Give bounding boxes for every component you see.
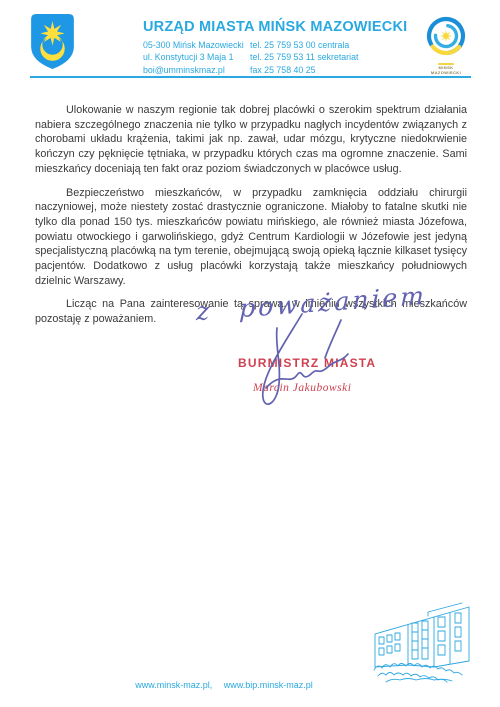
phone-block: tel. 25 759 53 00 centrala tel. 25 759 5… xyxy=(250,39,358,76)
email-line: boi@umminskmaz.pl xyxy=(143,64,250,76)
paragraph-2: Bezpieczeństwo mieszkańców, w przypadku … xyxy=(35,186,467,289)
phone-line: tel. 25 759 53 00 centrala xyxy=(250,39,358,51)
header-divider xyxy=(30,76,471,78)
letterhead-text: URZĄD MIASTA MIŃSK MAZOWIECKI 05-300 Miń… xyxy=(143,13,407,76)
logo-caption: MIŃSK MAZOWIECKI xyxy=(429,66,463,75)
city-logo: MIŃSK MAZOWIECKI xyxy=(420,15,472,75)
letter-page: URZĄD MIASTA MIŃSK MAZOWIECKI 05-300 Miń… xyxy=(0,0,500,707)
fax-line: fax 25 758 40 25 xyxy=(250,64,358,76)
phone-line: tel. 25 759 53 11 sekretariat xyxy=(250,51,358,63)
letterhead: URZĄD MIASTA MIŃSK MAZOWIECKI 05-300 Miń… xyxy=(30,13,478,76)
city-logo-icon xyxy=(423,15,469,61)
city-coat-of-arms-icon xyxy=(30,13,75,70)
page-title: URZĄD MIASTA MIŃSK MAZOWIECKI xyxy=(143,19,407,35)
footer-link-minsk-maz: www.minsk-maz.pl, xyxy=(135,680,212,690)
signature-scribble-icon xyxy=(246,312,356,414)
address-line: 05-300 Mińsk Mazowiecki xyxy=(143,39,250,51)
footer: www.minsk-maz.pl, www.bip.minsk-maz.pl xyxy=(0,680,448,690)
footer-link-bip-minsk-maz: www.bip.minsk-maz.pl xyxy=(224,680,313,690)
city-hall-sketch-icon xyxy=(372,600,478,688)
address-line: ul. Konstytucji 3 Maja 1 xyxy=(143,51,250,63)
address-block: 05-300 Mińsk Mazowiecki ul. Konstytucji … xyxy=(143,39,250,76)
paragraph-1: Ulokowanie w naszym regionie tak dobrej … xyxy=(35,103,467,177)
